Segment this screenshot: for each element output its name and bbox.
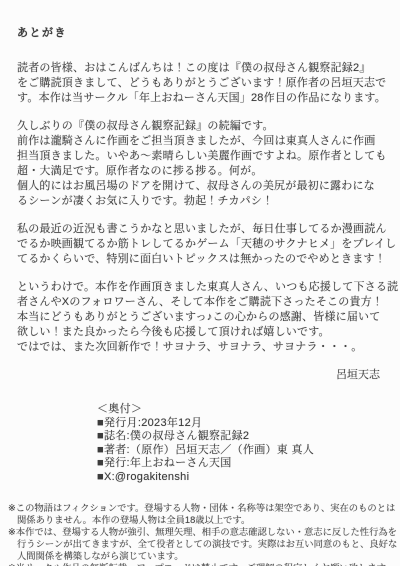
author-signature: 呂垣天志 [17,368,384,383]
text-line: ではでは、また次回新作で！サヨナラ、サヨナラ、サヨナラ・・・。 [17,340,384,355]
afterword-paragraph: 久しぶりの『僕の叔母さん観察記録』の続編です。 前作は瀧騎さんに作画をご担当頂き… [17,119,384,209]
text-line: 本当にどうもありがとうございますっ♪この心からの感謝、皆様に届いて [17,310,384,325]
text-line: 私の最近の近況も書こうかなと思いましたが、毎日仕事してるか漫画読ん [17,222,384,237]
text-line: 個人的にはお風呂場のドアを開けて、叔母さんの美尻が最初に露わにな [17,179,384,194]
colophon-item-x-account: ■X:@rogakitenshi [97,471,384,485]
colophon-title: ＜奥付＞ [97,403,384,417]
text-line: るシーンが凄くお気に入りです。勃起！チカパシ！ [17,194,384,209]
text-line: 久しぶりの『僕の叔母さん観察記録』の続編です。 [17,119,384,134]
afterword-paragraph: 私の最近の近況も書こうかなと思いましたが、毎日仕事してるか漫画読ん でるか映画観… [17,222,384,267]
text-line: 関係ありません。本作の登場人物は全員18歳以上です。 [8,514,393,526]
disclaimer-fiction-notice: ※この物語はフィクションです。登場する人物・団体・名称等は架空であり、実在のもの… [8,502,393,526]
text-line: ※この物語はフィクションです。登場する人物・団体・名称等は架空であり、実在のもの… [8,502,393,514]
text-line: ※本作では、登場する人物が強引、無理矢理、相手の意志確認しない・意志に反した性行… [8,526,393,538]
colophon-item-authors: ■著者:（原作）呂垣天志／（作画）東 真人 [97,444,384,458]
disclaimer-acting-notice: ※本作では、登場する人物が強引、無理矢理、相手の意志確認しない・意志に反した性行… [8,526,393,562]
text-line: でるか映画観てるか筋トレしてるかゲーム「天穂のサクナヒメ」をプレイし [17,237,384,252]
text-line: 欲しい！また良かったら今後も応援して頂ければ嬉しいです。 [17,325,384,340]
text-line: 読者の皆様、おはこんばんちは！この度は『僕の叔母さん観察記録2』 [17,61,384,76]
colophon-item-book-title: ■誌名:僕の叔母さん観察記録2 [97,430,384,444]
text-line: 人間関係を構築しながら演じています。 [8,550,393,562]
colophon-item-publish-month: ■発行月:2023年12月 [97,417,384,431]
text-line: す。本作は当サークル「年上おねーさん天国」28作目の作品になります。 [17,91,384,106]
afterword-paragraph: というわけで。本作を作画頂きました東真人さん、いつも応援して下さる読 者さんやX… [17,280,384,355]
text-line: 行うシーンが出てきますが、全て役者としての演技です。実際はお互い同意のもと、良好… [8,538,393,550]
colophon-item-publisher-circle: ■発行:年上おねーさん天国 [97,457,384,471]
text-line: をご購読頂きまして、どうもありがとうございます！原作者の呂垣天志で [17,76,384,91]
disclaimer-no-repost-notice: ※当サークル作品の無断転載、アップロードは禁止です。ご理解の程宜しくお願い致しま… [8,562,393,566]
afterword-paragraph: 読者の皆様、おはこんばんちは！この度は『僕の叔母さん観察記録2』 をご購読頂きま… [17,61,384,106]
text-line: 担当頂きました。いやあ～素晴らしい美麗作画ですよね。原作者としても [17,149,384,164]
text-line: というわけで。本作を作画頂きました東真人さん、いつも応援して下さる読 [17,280,384,295]
text-line: ※当サークル作品の無断転載、アップロードは禁止です。ご理解の程宜しくお願い致しま… [8,562,393,566]
disclaimer-section: ※この物語はフィクションです。登場する人物・団体・名称等は架空であり、実在のもの… [8,502,393,566]
text-line: 超・大満足です。原作者なのに捗る捗る。何が。 [17,164,384,179]
text-line: 前作は瀧騎さんに作画をご担当頂きましたが、今回は東真人さんに作画 [17,134,384,149]
afterword-page: あとがき 読者の皆様、おはこんばんちは！この度は『僕の叔母さん観察記録2』 をご… [0,0,400,566]
colophon-section: ＜奥付＞ ■発行月:2023年12月 ■誌名:僕の叔母さん観察記録2 ■著者:（… [97,403,384,484]
text-line: 者さんやXのフォロワーさん、そして本作をご購読下さったそこの貴方！ [17,295,384,310]
afterword-title: あとがき [17,26,384,41]
text-line: てるかくらいで、特別に面白いトピックスは無かったのでやめときます！ [17,252,384,267]
